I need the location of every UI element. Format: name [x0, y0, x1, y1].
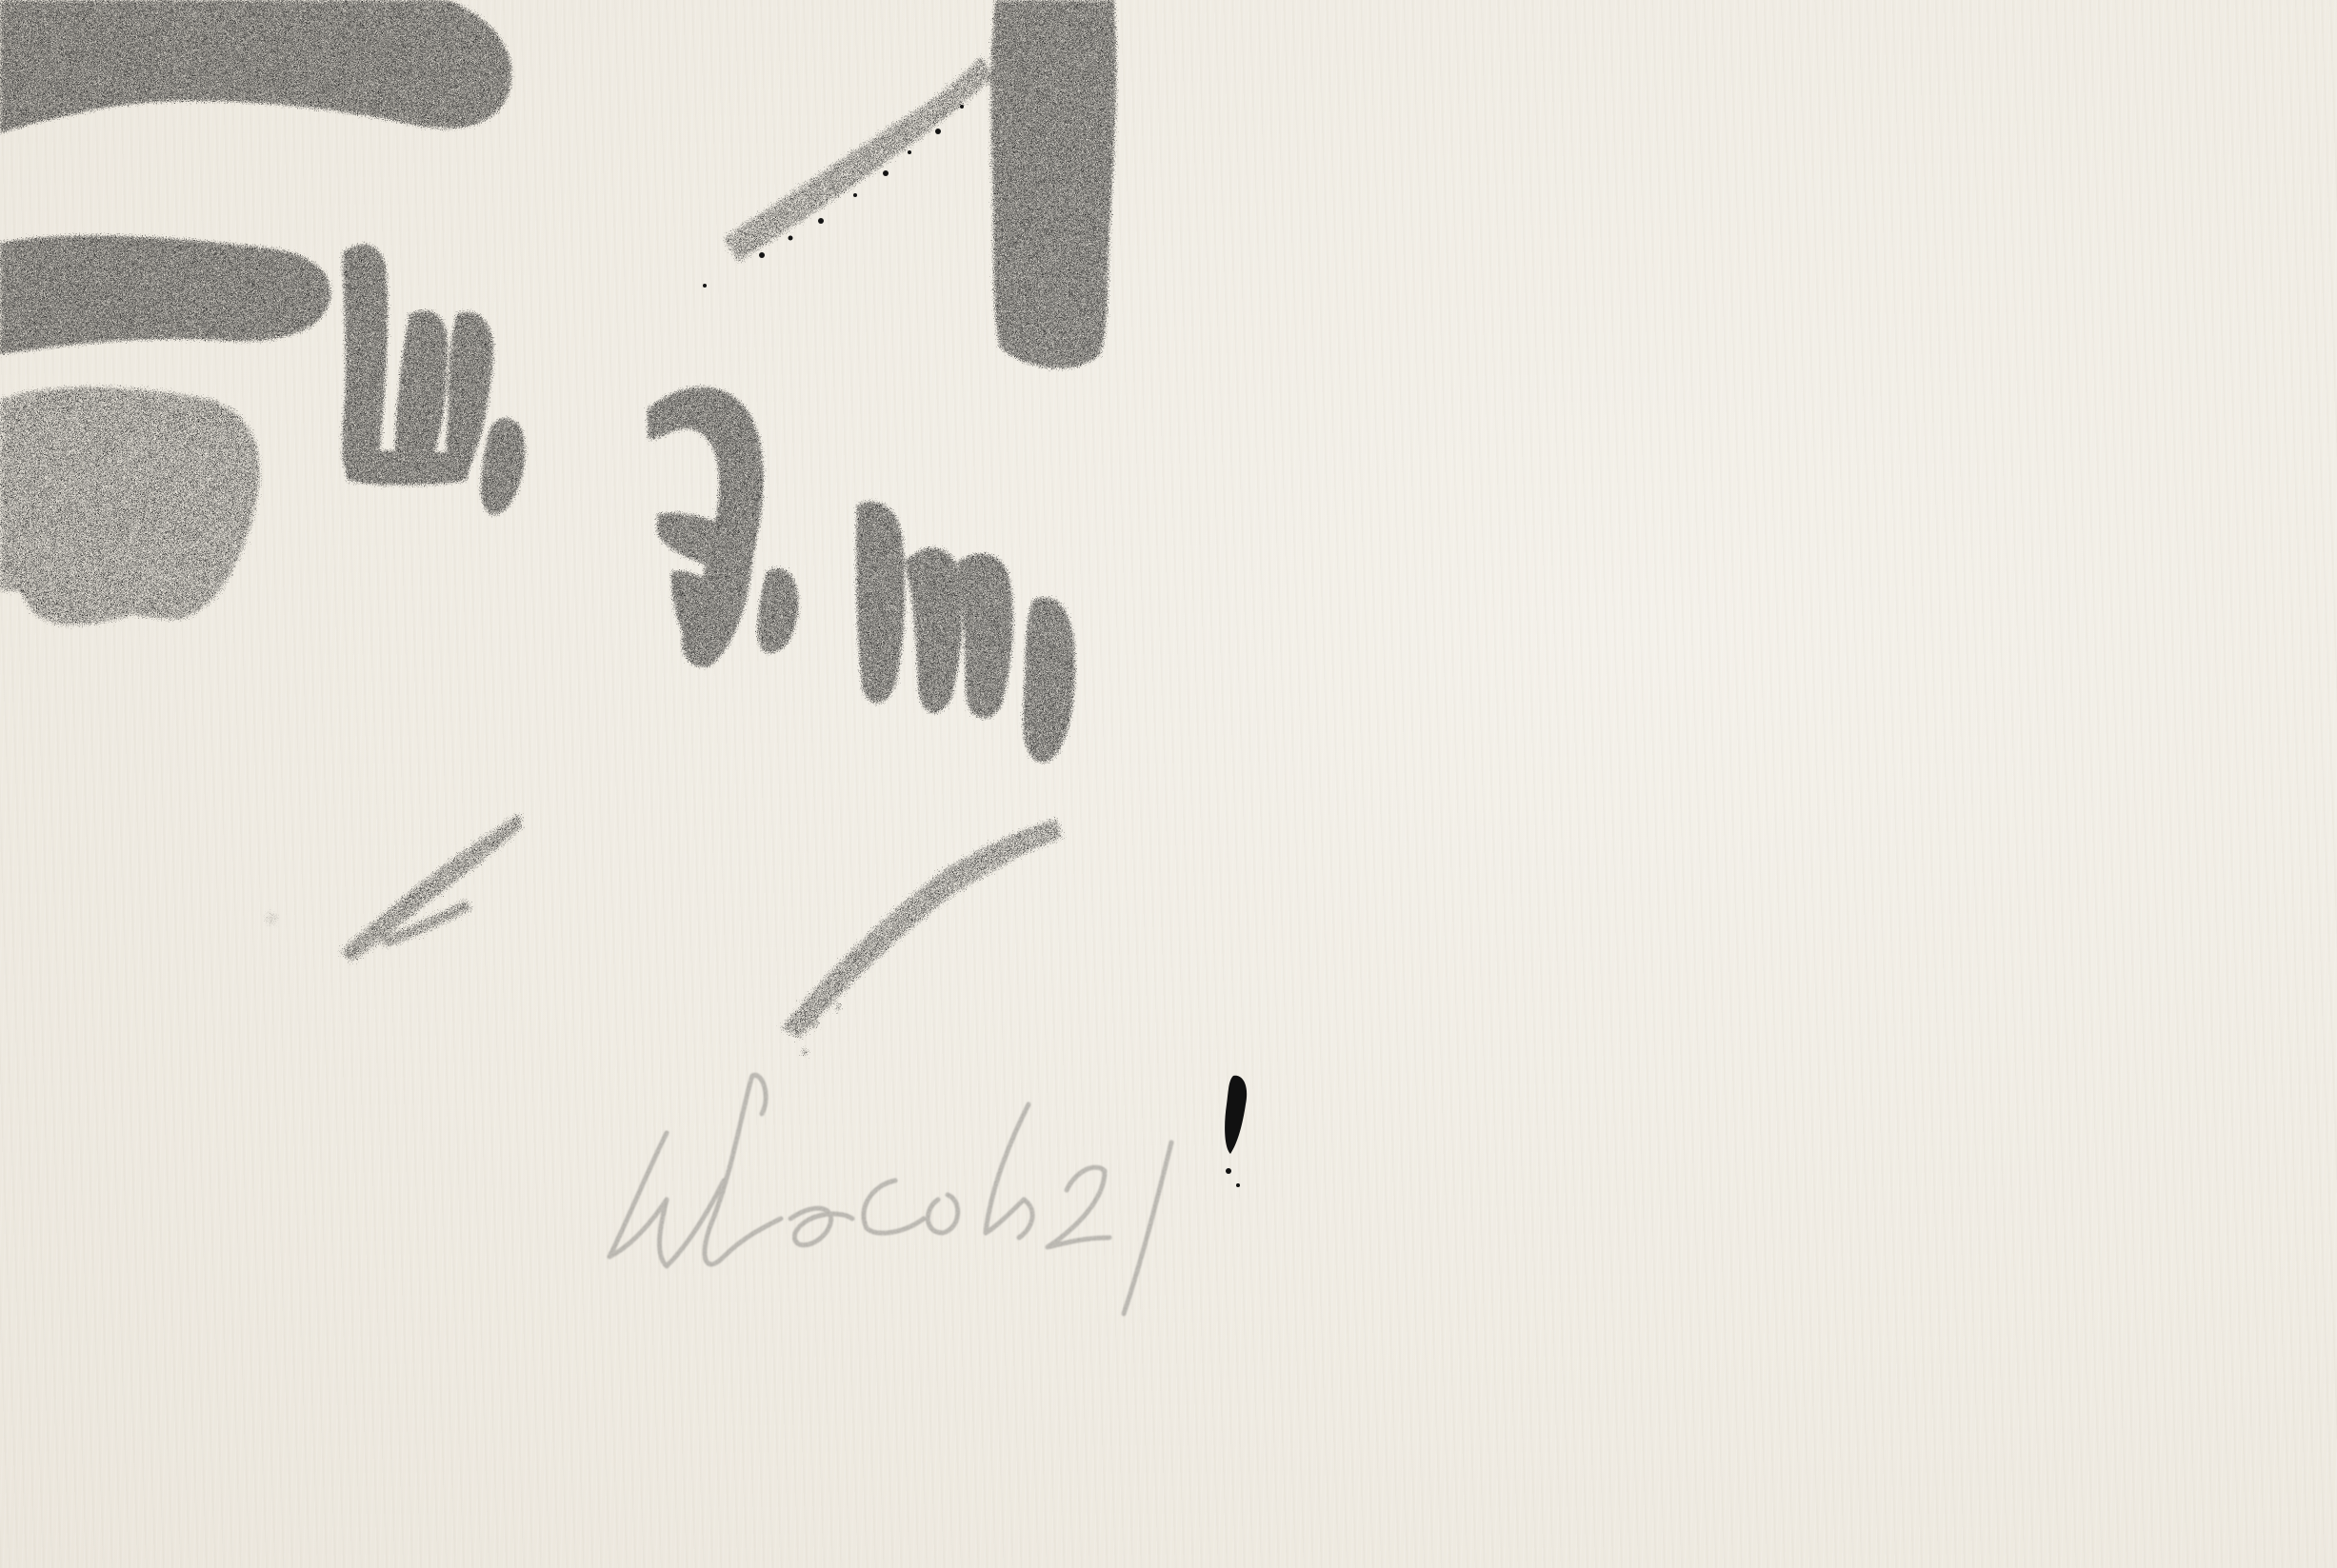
ink-speck — [1225, 1076, 1247, 1187]
lower-horizontal-stroke — [0, 387, 260, 625]
initials — [343, 245, 1075, 763]
arrow-stroke-right — [781, 819, 1062, 1055]
lithograph-detail: W Jacob 21 W.J.M. — [0, 0, 2337, 1568]
pencil-signature — [609, 1075, 1171, 1314]
diagonal-dotted-trail — [703, 57, 995, 288]
top-horizontal-stroke — [0, 0, 511, 133]
vertical-stroke — [991, 0, 1116, 368]
middle-horizontal-stroke — [0, 235, 330, 354]
arrow-stroke-left — [266, 814, 522, 962]
print-artwork — [0, 0, 2337, 1568]
